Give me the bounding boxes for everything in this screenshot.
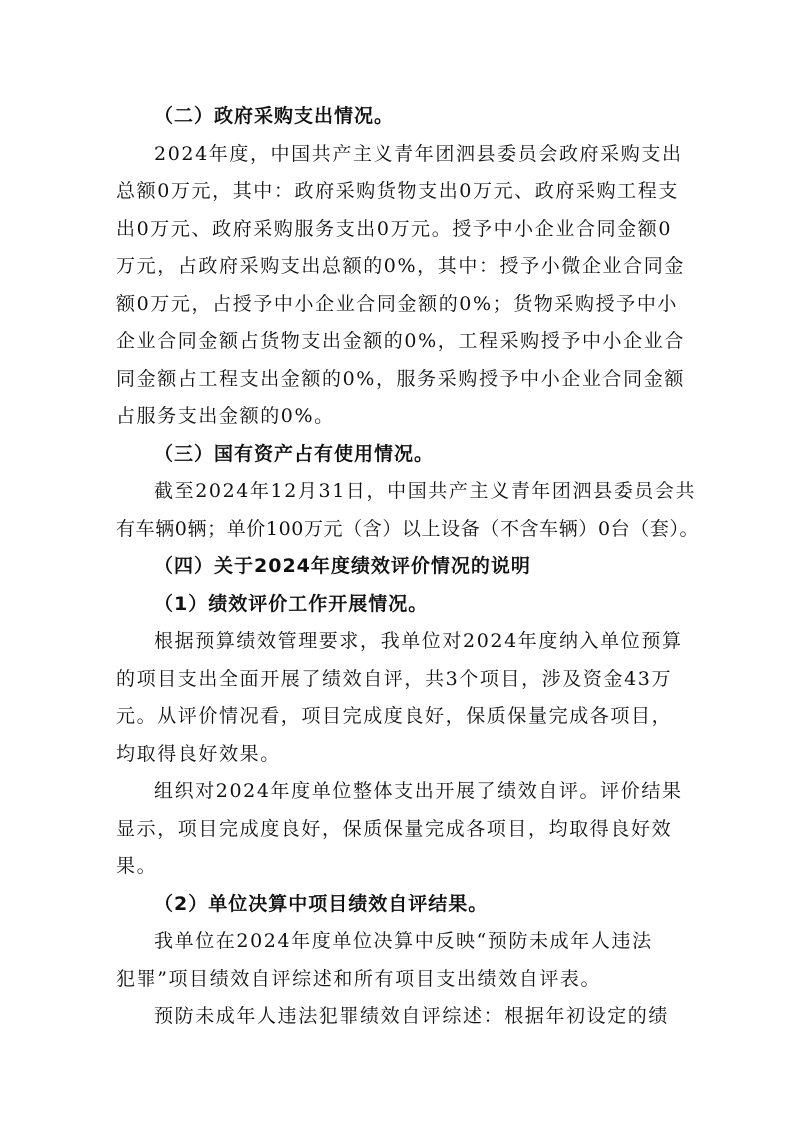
- paragraph-project-results: 我单位在2024年度单位决算中反映“预防未成年人违法 犯罪”项目绩效自评综述和所…: [116, 923, 680, 998]
- paragraph-evaluation-work: 根据预算绩效管理要求，我单位对2024年度纳入单位预算 的项目支出全面开展了绩效…: [116, 623, 680, 773]
- text-line: 果。: [116, 848, 680, 886]
- text-line: 根据预算绩效管理要求，我单位对2024年度纳入单位预算: [116, 623, 680, 661]
- document-page: （二）政府采购支出情况。 2024年度，中国共产主义青年团泗县委员会政府采购支出…: [0, 0, 794, 1122]
- document-body: （二）政府采购支出情况。 2024年度，中国共产主义青年团泗县委员会政府采购支出…: [116, 98, 680, 1036]
- paragraph-state-assets: 截至2024年12月31日，中国共产主义青年团泗县委员会共 有车辆0辆；单价10…: [116, 473, 680, 548]
- text-line: 有车辆0辆；单价100万元（含）以上设备（不含车辆）0台（套）。: [116, 511, 680, 549]
- text-line: 我单位在2024年度单位决算中反映“预防未成年人违法: [116, 923, 680, 961]
- text-line: 万元，占政府采购支出总额的0%，其中：授予小微企业合同金: [116, 248, 680, 286]
- paragraph-overall-evaluation: 组织对2024年度单位整体支出开展了绩效自评。评价结果 显示，项目完成度良好，保…: [116, 773, 680, 886]
- text-line: 企业合同金额占货物支出金额的0%，工程采购授予中小企业合: [116, 323, 680, 361]
- section-heading-performance: （四）关于2024年度绩效评价情况的说明: [116, 548, 680, 586]
- section-heading-state-assets: （三）国有资产占有使用情况。: [116, 436, 680, 474]
- text-line: 额0万元，占授予中小企业合同金额的0%；货物采购授予中小: [116, 286, 680, 324]
- text-line: 预防未成年人违法犯罪绩效自评综述：根据年初设定的绩: [116, 998, 680, 1036]
- subsection-heading-evaluation-work: （1）绩效评价工作开展情况。: [116, 586, 680, 624]
- text-line: 同金额占工程支出金额的0%，服务采购授予中小企业合同金额: [116, 361, 680, 399]
- text-line: 元。从评价情况看，项目完成度良好，保质保量完成各项目，: [116, 698, 680, 736]
- subsection-heading-project-results: （2）单位决算中项目绩效自评结果。: [116, 886, 680, 924]
- text-line: 的项目支出全面开展了绩效自评，共3个项目，涉及资金43万: [116, 661, 680, 699]
- text-line: 截至2024年12月31日，中国共产主义青年团泗县委员会共: [116, 473, 680, 511]
- text-line: 显示，项目完成度良好，保质保量完成各项目，均取得良好效: [116, 811, 680, 849]
- section-heading-procurement: （二）政府采购支出情况。: [116, 98, 680, 136]
- text-line: 组织对2024年度单位整体支出开展了绩效自评。评价结果: [116, 773, 680, 811]
- text-line: 占服务支出金额的0%。: [116, 398, 680, 436]
- paragraph-prevention-summary: 预防未成年人违法犯罪绩效自评综述：根据年初设定的绩: [116, 998, 680, 1036]
- text-line: 均取得良好效果。: [116, 736, 680, 774]
- text-line: 犯罪”项目绩效自评综述和所有项目支出绩效自评表。: [116, 961, 680, 999]
- text-line: 出0万元、政府采购服务支出0万元。授予中小企业合同金额0: [116, 211, 680, 249]
- text-line: 总额0万元，其中：政府采购货物支出0万元、政府采购工程支: [116, 173, 680, 211]
- paragraph-procurement: 2024年度，中国共产主义青年团泗县委员会政府采购支出 总额0万元，其中：政府采…: [116, 136, 680, 436]
- text-line: 2024年度，中国共产主义青年团泗县委员会政府采购支出: [116, 136, 680, 174]
